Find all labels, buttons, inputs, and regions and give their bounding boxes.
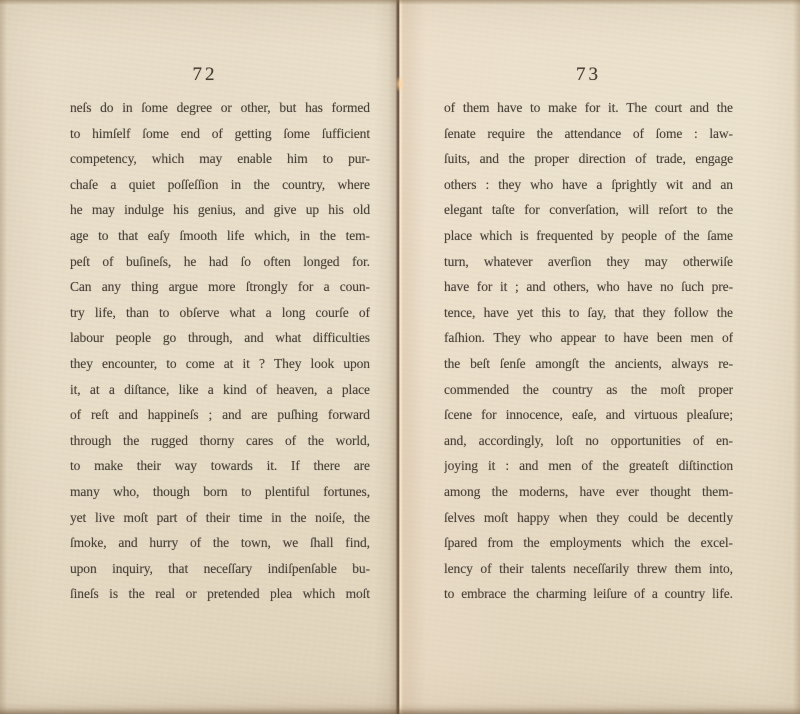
- text-line: peſtofbuſineſs,hehadſooftenlongedfor.: [70, 254, 370, 280]
- text-line: toembracethecharmingleiſureofacountrylif…: [444, 586, 733, 612]
- page-number-right: 73: [444, 64, 733, 86]
- scan-edge-bottom: [0, 703, 800, 714]
- text-line: placewhichisfrequentedbypeopleoftheſame: [444, 228, 733, 254]
- page-number-left: 72: [70, 64, 340, 86]
- text-line: yetlivemoſtpartoftheirtimeinthenoiſe,the: [70, 510, 370, 536]
- scan-edge-right: [793, 0, 800, 714]
- text-line: it,atadiſtance,likeakindofheaven,aplace: [70, 382, 370, 408]
- text-line: turn,whateveraverſiontheymayotherwiſe: [444, 254, 733, 280]
- text-line: commendedthecountryasthemoſtproper: [444, 382, 733, 408]
- text-line: ſuits,andtheproperdirectionoftrade,engag…: [444, 151, 733, 177]
- text-line: chaſeaquietpoſſeſſioninthecountry,where: [70, 177, 370, 203]
- text-line: others:theywhohaveaſprightlywitandan: [444, 177, 733, 203]
- text-line: uponinquiry,thatneceſſaryindiſpenſablebu…: [70, 561, 370, 587]
- text-line: tomaketheirwaytowardsit.Ifthereare: [70, 458, 370, 484]
- text-line: and,accordingly,loſtnoopportunitiesofen-: [444, 433, 733, 459]
- page-left-text: neſsdoinſomedegreeorother,buthasformedto…: [70, 100, 370, 612]
- text-line: joyingit:andmenofthegreateſtdiſtinction: [444, 458, 733, 484]
- text-line: tence,haveyetthistoſay,thattheyfollowthe: [444, 305, 733, 331]
- text-line: agetothateaſyſmoothlifewhich,inthetem-: [70, 228, 370, 254]
- text-line: labourpeoplegothrough,andwhatdifficultie…: [70, 330, 370, 356]
- text-line: trylife,thantoobſervewhatalongcourſeof: [70, 305, 370, 331]
- text-line: lencyoftheirtalentsneceſſarilythrewthemi…: [444, 561, 733, 587]
- text-line: ſelvesmoſthappywhentheycouldbedecently: [444, 510, 733, 536]
- book-gutter-crease: [374, 0, 426, 714]
- text-line: haveforit;andothers,whohavenoſuchpre-: [444, 279, 733, 305]
- text-line: competency,whichmayenablehimtopur-: [70, 151, 370, 177]
- text-line: ſineſsistherealorpretendedpleawhichmoſt: [70, 586, 370, 612]
- text-line: ſenaterequiretheattendanceofſome:law-: [444, 126, 733, 152]
- text-line: ſceneforinnocence,eaſe,andvirtuouspleaſu…: [444, 407, 733, 433]
- text-line: faſhion.Theywhoappeartohavebeenmenof: [444, 330, 733, 356]
- text-line: ofthemhavetomakeforit.Thecourtandthe: [444, 100, 733, 126]
- scan-edge-left: [0, 0, 7, 714]
- text-line: tohimſelfſomeendofgettingſomeſufficient: [70, 126, 370, 152]
- text-line: ſmoke,andhurryofthetown,weſhallfind,: [70, 535, 370, 561]
- text-line: ſparedfromtheemploymentswhichtheexcel-: [444, 535, 733, 561]
- text-line: manywho,thoughborntoplentifulfortunes,: [70, 484, 370, 510]
- text-line: neſsdoinſomedegreeorother,buthasformed: [70, 100, 370, 126]
- text-line: hemayindulgehisgenius,andgiveuphisold: [70, 202, 370, 228]
- text-line: thebeſtſenſeamongſttheancients,alwaysre-: [444, 356, 733, 382]
- text-line: eleganttaſteforconverſation,willreſortto…: [444, 202, 733, 228]
- text-line: ofreſtandhappineſs;andarepuſhingforward: [70, 407, 370, 433]
- scan-edge-top: [0, 0, 800, 5]
- text-line: theyencounter,tocomeatit?Theylookupon: [70, 356, 370, 382]
- text-line: throughtheruggedthornycaresoftheworld,: [70, 433, 370, 459]
- book-scan: 72 73 neſsdoinſomedegreeorother,buthasfo…: [0, 0, 800, 714]
- text-line: Cananythingarguemoreſtronglyforacoun-: [70, 279, 370, 305]
- page-right-text: ofthemhavetomakeforit.Thecourtandtheſena…: [444, 100, 733, 612]
- text-line: amongthemoderns,haveeverthoughtthem-: [444, 484, 733, 510]
